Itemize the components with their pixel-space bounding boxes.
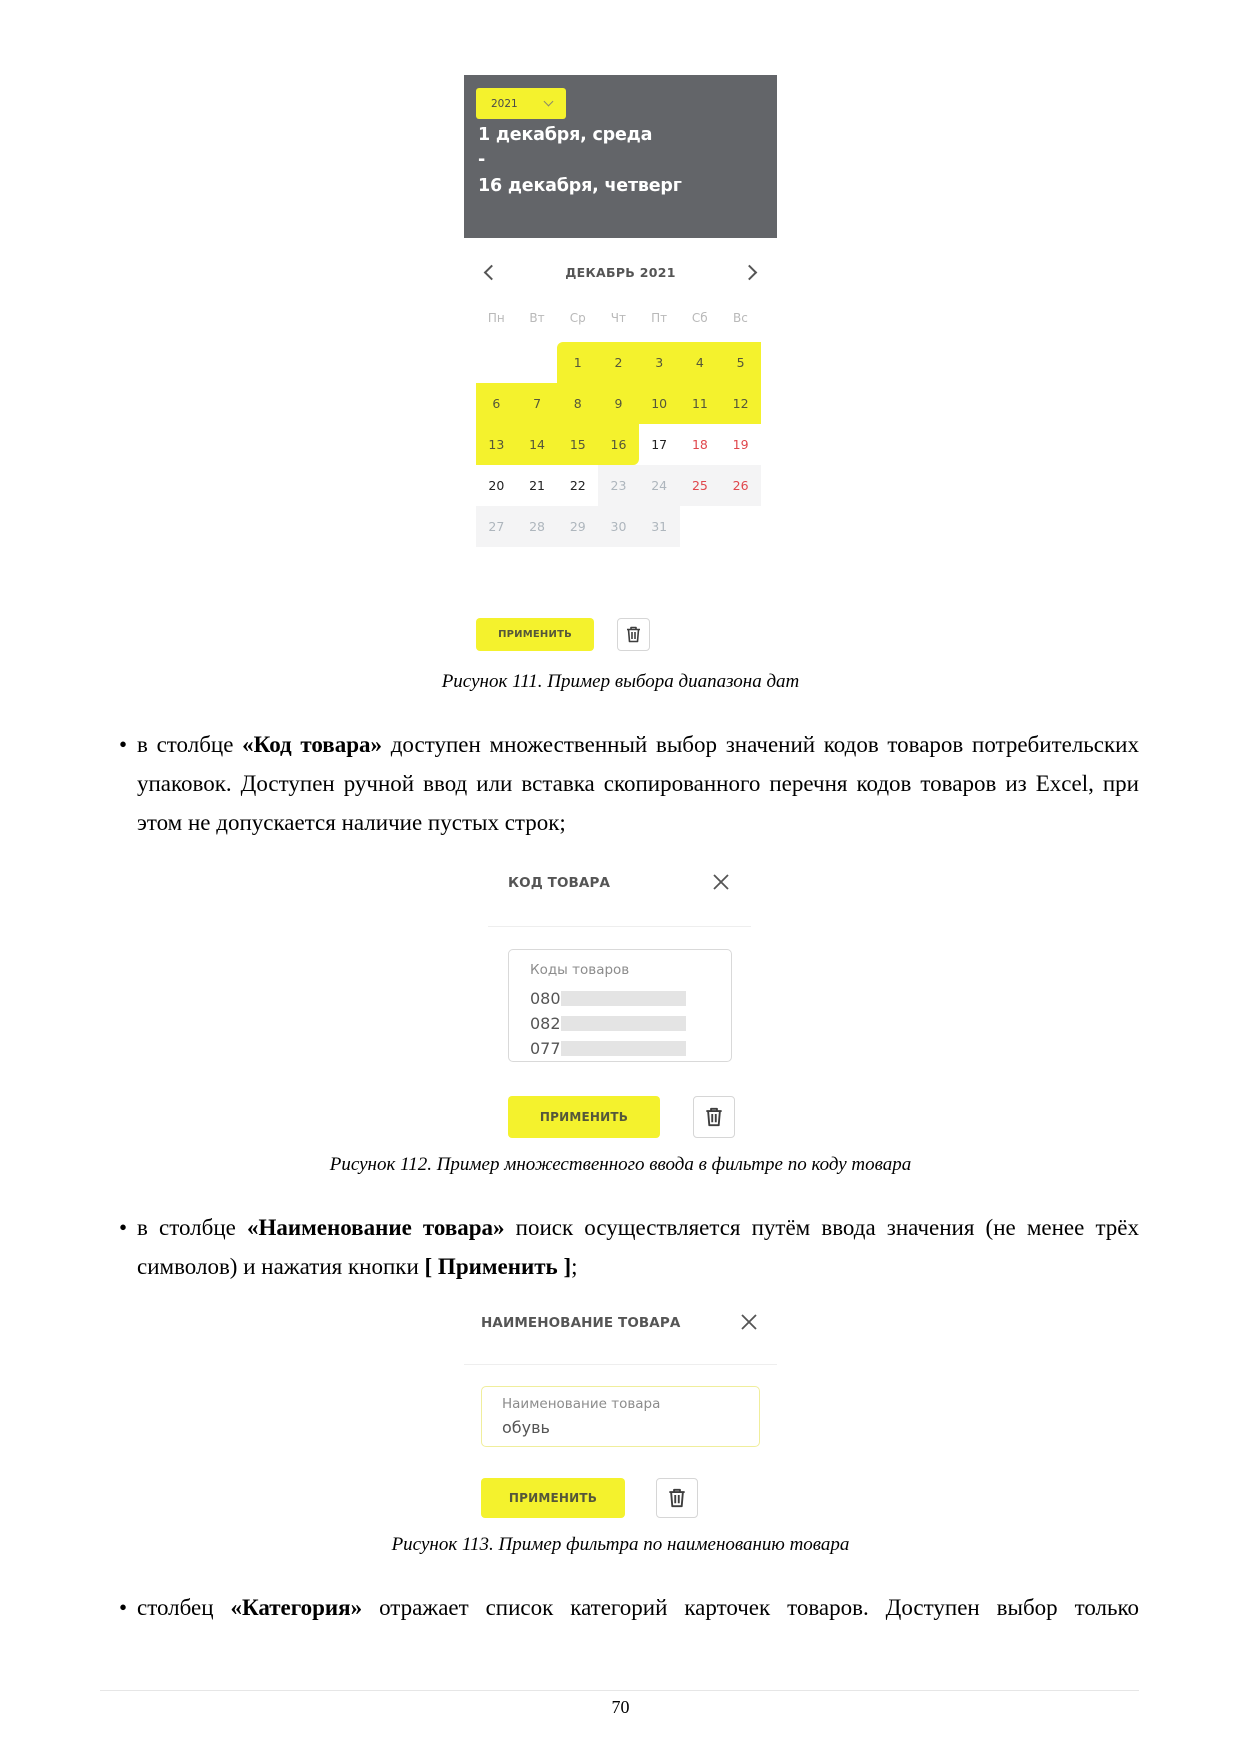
code-filter-title: КОД ТОВАРА xyxy=(508,875,610,891)
text: отражает список категорий карточек товар… xyxy=(362,1595,1139,1620)
codes-list: 080082077 xyxy=(530,986,686,1061)
calendar-day[interactable]: 5 xyxy=(720,342,761,383)
product-name-input[interactable]: Наименование товара обувь xyxy=(481,1386,760,1447)
calendar-day[interactable]: 8 xyxy=(557,383,598,424)
bullet-code-filter: • в столбце «Код товара» доступен множес… xyxy=(137,725,1139,842)
code-entry: 080 xyxy=(530,986,686,1011)
calendar-day[interactable]: 18 xyxy=(680,424,721,465)
calendar-day[interactable]: 19 xyxy=(720,424,761,465)
month-navigation: ДЕКАБРЬ 2021 xyxy=(464,262,777,286)
weekday-label: Пн xyxy=(476,311,517,329)
calendar-day[interactable]: 16 xyxy=(598,424,639,465)
apply-button[interactable]: ПРИМЕНИТЬ xyxy=(476,618,594,651)
calendar-day[interactable]: 24 xyxy=(639,465,680,506)
close-icon[interactable] xyxy=(739,1312,759,1332)
calendar-day[interactable]: 26 xyxy=(720,465,761,506)
calendar-day[interactable]: 30 xyxy=(598,506,639,547)
text: в столбце xyxy=(137,1215,247,1240)
calendar-day[interactable]: 10 xyxy=(639,383,680,424)
code-entry: 077 xyxy=(530,1036,686,1061)
bullet-icon: • xyxy=(119,1588,127,1627)
calendar-day[interactable]: 17 xyxy=(639,424,680,465)
weekday-label: Ср xyxy=(557,311,598,329)
code-prefix: 082 xyxy=(530,1014,561,1033)
trash-icon xyxy=(668,1488,686,1508)
calendar-day[interactable]: 20 xyxy=(476,465,517,506)
calendar-day[interactable]: 23 xyxy=(598,465,639,506)
calendar-day[interactable]: 12 xyxy=(720,383,761,424)
calendar-day[interactable]: 13 xyxy=(476,424,517,465)
delete-button[interactable] xyxy=(656,1478,698,1518)
range-separator: - xyxy=(478,150,485,170)
product-name-value: обувь xyxy=(502,1418,550,1437)
weekday-header: ПнВтСрЧтПтСбВс xyxy=(476,311,761,329)
bullet-name-filter: • в столбце «Наименование товара» поиск … xyxy=(137,1208,1139,1286)
redacted-mask xyxy=(561,1016,686,1031)
codes-textarea[interactable]: Коды товаров 080082077 xyxy=(508,949,732,1062)
range-end: 16 декабря, четверг xyxy=(478,176,682,196)
weekday-label: Вт xyxy=(517,311,558,329)
code-prefix: 077 xyxy=(530,1039,561,1058)
redacted-mask xyxy=(561,1041,686,1056)
figure-caption-112: Рисунок 112. Пример множественного ввода… xyxy=(0,1154,1241,1176)
text: столбец xyxy=(137,1595,230,1620)
calendar-day[interactable]: 22 xyxy=(557,465,598,506)
calendar-day-grid: 1234567891011121314151617181920212223242… xyxy=(476,342,761,547)
code-prefix: 080 xyxy=(530,989,561,1008)
code-entry: 082 xyxy=(530,1011,686,1036)
chevron-down-icon xyxy=(544,97,554,107)
calendar-day[interactable]: 14 xyxy=(517,424,558,465)
name-filter-title: НАИМЕНОВАНИЕ ТОВАРА xyxy=(481,1315,680,1331)
delete-button[interactable] xyxy=(693,1096,735,1138)
column-name: «Категория» xyxy=(230,1595,362,1620)
figure-caption-111: Рисунок 111. Пример выбора диапазона дат xyxy=(0,671,1241,693)
year-value: 2021 xyxy=(491,98,518,110)
column-name: «Наименование товара» xyxy=(247,1215,505,1240)
page-number: 70 xyxy=(0,1697,1241,1718)
calendar-day[interactable]: 25 xyxy=(680,465,721,506)
text: ; xyxy=(571,1254,577,1279)
figure-caption-113: Рисунок 113. Пример фильтра по наименова… xyxy=(0,1534,1241,1556)
apply-button[interactable]: ПРИМЕНИТЬ xyxy=(508,1096,660,1138)
divider xyxy=(464,1364,777,1365)
weekday-label: Чт xyxy=(598,311,639,329)
calendar-day[interactable]: 28 xyxy=(517,506,558,547)
trash-icon xyxy=(705,1107,723,1127)
delete-button[interactable] xyxy=(617,618,650,651)
calendar-day[interactable]: 4 xyxy=(680,342,721,383)
calendar-day[interactable]: 2 xyxy=(598,342,639,383)
column-name: «Код товара» xyxy=(242,732,382,757)
divider xyxy=(488,926,751,927)
calendar-day[interactable]: 21 xyxy=(517,465,558,506)
weekday-label: Сб xyxy=(679,311,720,329)
calendar-day[interactable]: 9 xyxy=(598,383,639,424)
calendar-day[interactable]: 11 xyxy=(680,383,721,424)
product-name-label: Наименование товара xyxy=(502,1396,660,1412)
trash-icon xyxy=(626,626,641,643)
footer-divider xyxy=(100,1690,1139,1691)
button-reference: [ Применить ] xyxy=(425,1254,572,1279)
weekday-label: Пт xyxy=(639,311,680,329)
redacted-mask xyxy=(561,991,686,1006)
text: в столбце xyxy=(137,732,242,757)
apply-button[interactable]: ПРИМЕНИТЬ xyxy=(481,1478,625,1518)
close-icon[interactable] xyxy=(711,872,731,892)
calendar-day[interactable]: 27 xyxy=(476,506,517,547)
calendar-day[interactable]: 31 xyxy=(639,506,680,547)
range-start: 1 декабря, среда xyxy=(478,125,652,145)
weekday-label: Вс xyxy=(720,311,761,329)
month-title: ДЕКАБРЬ 2021 xyxy=(464,265,777,280)
calendar-day[interactable]: 6 xyxy=(476,383,517,424)
bullet-icon: • xyxy=(119,1208,127,1247)
calendar-day[interactable]: 3 xyxy=(639,342,680,383)
codes-field-label: Коды товаров xyxy=(530,962,629,978)
calendar-day[interactable]: 15 xyxy=(557,424,598,465)
bullet-icon: • xyxy=(119,725,127,764)
calendar-day[interactable]: 7 xyxy=(517,383,558,424)
year-select[interactable]: 2021 xyxy=(476,88,566,119)
calendar-header: 2021 1 декабря, среда - 16 декабря, четв… xyxy=(464,75,777,238)
calendar-day[interactable]: 1 xyxy=(557,342,598,383)
calendar-day[interactable]: 29 xyxy=(557,506,598,547)
bullet-category: • столбец «Категория» отражает список ка… xyxy=(137,1588,1139,1627)
